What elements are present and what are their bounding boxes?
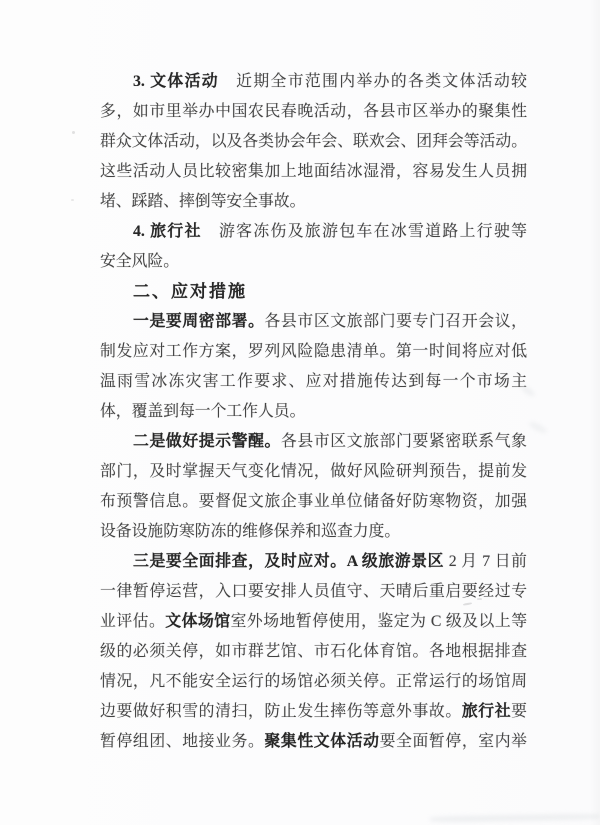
text-segment: 这些活动人员比较密集加上地面结冰湿滑，容易发生人员拥 <box>100 163 527 180</box>
emphasis-text-segment: 一是要周密部署。 <box>133 313 265 330</box>
text-segment: 近期全市范围内举办的各类文体活动较 <box>219 73 527 90</box>
text-line: 业评估。文体场馆室外场地暂停使用，鉴定为 C 级及以上等 <box>100 607 527 637</box>
text-segment: 安全风险。 <box>100 253 179 270</box>
text-line: 群众文体活动，以及各类协会年会、联欢会、团拜会等活动。 <box>100 127 527 157</box>
text-segment: 级的必须关停，如市群艺馆、市石化体育馆。各地根据排查 <box>100 643 527 660</box>
text-segment: 2 月 7 日前 <box>444 553 527 570</box>
text-segment: 堵、踩踏、摔倒等安全事故。 <box>100 193 305 210</box>
text-line: 这些活动人员比较密集加上地面结冰湿滑，容易发生人员拥 <box>100 157 527 187</box>
text-line: 部门，及时掌握天气变化情况，做好风险研判预告，提前发 <box>100 457 527 487</box>
text-segment: 各县市区文旅部门要专门召开会议， <box>265 313 527 330</box>
emphasis-text-segment: A 级旅游景区 <box>347 553 444 570</box>
text-line: 暂停组团、地接业务。聚集性文体活动要全面暂停，室内举 <box>100 727 527 757</box>
text-line: 情况，凡不能安全运行的场馆必须关停。正常运行的场馆周 <box>100 667 527 697</box>
scan-speck <box>477 598 482 600</box>
text-segment: 部门，及时掌握天气变化情况，做好风险研判预告，提前发 <box>100 463 527 480</box>
emphasis-text-segment: 聚集性文体活动 <box>264 733 379 750</box>
text-segment: 体，覆盖到每一个工作人员。 <box>100 403 305 420</box>
text-segment: 暂停组团、地接业务。 <box>100 733 264 750</box>
text-line: 堵、踩踏、摔倒等安全事故。 <box>100 187 527 217</box>
text-segment: 设备设施防寒防冻的维修保养和巡查力度。 <box>100 523 400 540</box>
text-line: 二是做好提示警醒。各县市区文旅部门要紧密联系气象 <box>100 427 527 457</box>
scan-smudge <box>430 814 600 823</box>
text-line: 一律暂停运营，入口要安排人员值守、天晴后重启要经过专 <box>100 577 527 607</box>
text-line: 一是要周密部署。各县市区文旅部门要专门召开会议， <box>100 307 527 337</box>
emphasis-text-segment: 旅行社 <box>462 703 511 720</box>
text-line: 4. 旅行社 游客冻伤及旅游包车在冰雪道路上行驶等 <box>100 217 527 247</box>
emphasis-text-segment: 三是要全面排查，及时应对。 <box>133 553 347 570</box>
text-segment: 情况，凡不能安全运行的场馆必须关停。正常运行的场馆周 <box>100 673 527 690</box>
text-line: 制发应对工作方案，罗列风险隐患清单。第一时间将应对低 <box>100 337 527 367</box>
text-line: 安全风险。 <box>100 247 527 277</box>
document-body: 3. 文体活动 近期全市范围内举办的各类文体活动较多，如市里举办中国农民春晚活动… <box>100 67 527 757</box>
scan-speck <box>71 199 74 201</box>
emphasis-text-segment: 二是做好提示警醒。 <box>133 433 281 450</box>
text-segment: 群众文体活动，以及各类协会年会、联欢会、团拜会等活动。 <box>100 133 527 150</box>
text-segment: 一律暂停运营，入口要安排人员值守、天晴后重启要经过专 <box>100 583 527 600</box>
text-line: 级的必须关停，如市群艺馆、市石化体育馆。各地根据排查 <box>100 637 527 667</box>
text-segment: 要 <box>511 703 527 720</box>
page-edge-shade <box>590 0 600 825</box>
emphasis-text-segment: 4. 旅行社 <box>133 223 202 240</box>
text-line: 多，如市里举办中国农民春晚活动，各县市区举办的聚集性 <box>100 97 527 127</box>
section-heading: 二、应对措施 <box>100 277 527 307</box>
text-segment: 多，如市里举办中国农民春晚活动，各县市区举办的聚集性 <box>100 103 527 120</box>
text-segment: 各县市区文旅部门要紧密联系气象 <box>281 433 527 450</box>
text-segment: 制发应对工作方案，罗列风险隐患清单。第一时间将应对低 <box>100 343 527 360</box>
emphasis-text-segment: 文体场馆 <box>165 613 230 630</box>
text-line: 设备设施防寒防冻的维修保养和巡查力度。 <box>100 517 527 547</box>
emphasis-text-segment: 二、应对措施 <box>133 282 247 301</box>
text-segment: 温雨雪冰冻灾害工作要求、应对措施传达到每一个市场主 <box>100 373 527 390</box>
text-segment: 布预警信息。要督促文旅企事业单位储备好防寒物资，加强 <box>100 493 527 510</box>
emphasis-text-segment: 3. 文体活动 <box>133 73 219 90</box>
document-page: 3. 文体活动 近期全市范围内举办的各类文体活动较多，如市里举办中国农民春晚活动… <box>0 0 600 825</box>
text-segment: 游客冻伤及旅游包车在冰雪道路上行驶等 <box>202 223 527 240</box>
text-segment: 室外场地暂停使用，鉴定为 C 级及以上等 <box>231 613 527 630</box>
text-line: 三是要全面排查，及时应对。A 级旅游景区 2 月 7 日前 <box>100 547 527 577</box>
scan-speck <box>72 131 75 134</box>
text-line: 边要做好积雪的清扫，防止发生摔伤等意外事故。旅行社要 <box>100 697 527 727</box>
text-segment: 要全面暂停，室内举 <box>380 733 527 750</box>
text-line: 温雨雪冰冻灾害工作要求、应对措施传达到每一个市场主 <box>100 367 527 397</box>
text-segment: 边要做好积雪的清扫，防止发生摔伤等意外事故。 <box>100 703 462 720</box>
text-segment: 业评估。 <box>100 613 165 630</box>
text-line: 体，覆盖到每一个工作人员。 <box>100 397 527 427</box>
text-line: 布预警信息。要督促文旅企事业单位储备好防寒物资，加强 <box>100 487 527 517</box>
text-line: 3. 文体活动 近期全市范围内举办的各类文体活动较 <box>100 67 527 97</box>
scan-smudge <box>528 420 549 436</box>
